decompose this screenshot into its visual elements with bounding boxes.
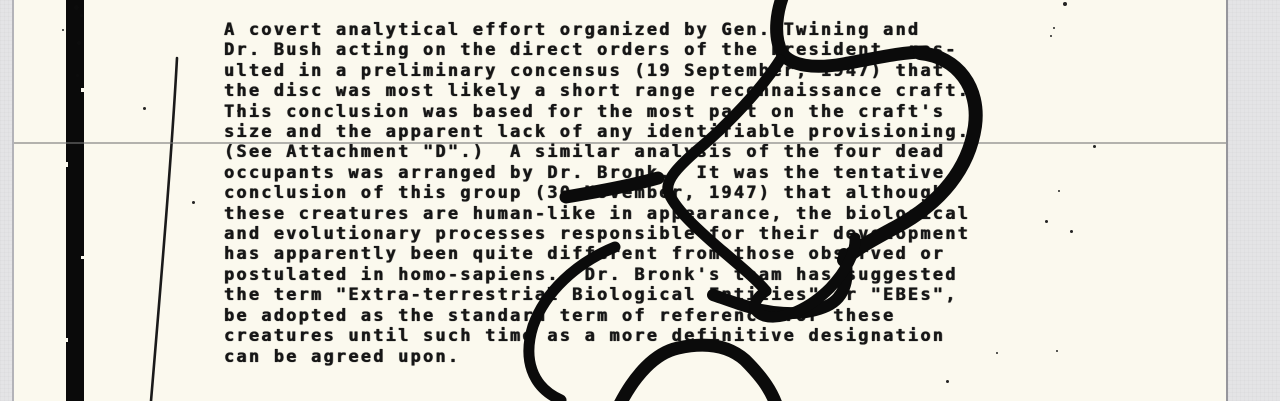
viewer-edge-left bbox=[0, 0, 14, 401]
ink-speck bbox=[77, 41, 81, 45]
text-line: ulted in a preliminary concensus (19 Sep… bbox=[224, 61, 970, 81]
bar-nick bbox=[66, 162, 68, 167]
scan-artifact-line bbox=[14, 142, 1226, 144]
ink-speck bbox=[1050, 35, 1052, 37]
text-line: be adopted as the standard term of refer… bbox=[224, 306, 970, 326]
ink-speck bbox=[80, 14, 83, 17]
ink-speck bbox=[1063, 2, 1067, 6]
bar-nick bbox=[66, 338, 68, 342]
text-line: A covert analytical effort organized by … bbox=[224, 20, 970, 40]
ink-speck bbox=[1053, 27, 1055, 29]
text-line: conclusion of this group (30 November, 1… bbox=[224, 183, 970, 203]
text-line: occupants was arranged by Dr. Bronk. It … bbox=[224, 163, 970, 183]
ink-speck bbox=[1056, 350, 1058, 352]
scanned-page: A covert analytical effort organized by … bbox=[14, 0, 1226, 401]
scan-margin-bar bbox=[66, 0, 84, 401]
ink-speck bbox=[946, 380, 949, 383]
text-line: these creatures are human-like in appear… bbox=[224, 204, 970, 224]
viewer-edge-right bbox=[1226, 0, 1280, 401]
text-line: size and the apparent lack of any identi… bbox=[224, 122, 970, 142]
text-line: can be agreed upon. bbox=[224, 347, 970, 367]
ink-speck bbox=[1093, 145, 1096, 148]
ink-speck bbox=[996, 352, 998, 354]
ink-speck bbox=[1070, 230, 1073, 233]
text-line: the disc was most likely a short range r… bbox=[224, 81, 970, 101]
ink-speck bbox=[237, 110, 239, 112]
ink-speck bbox=[62, 29, 64, 31]
ink-speck bbox=[1045, 220, 1048, 223]
text-line: the term "Extra-terrestrial Biological E… bbox=[224, 285, 970, 305]
ink-speck bbox=[192, 201, 195, 204]
ink-speck bbox=[74, 5, 79, 10]
bar-nick bbox=[81, 256, 84, 259]
ink-speck bbox=[1058, 190, 1060, 192]
ink-speck bbox=[143, 107, 146, 110]
text-line: creatures until such time as a more defi… bbox=[224, 326, 970, 346]
text-line: and evolutionary processes responsible f… bbox=[224, 224, 970, 244]
bar-nick bbox=[81, 88, 84, 92]
ink-speck bbox=[76, 74, 79, 77]
text-line: has apparently been quite different from… bbox=[224, 245, 970, 265]
typed-text-block: A covert analytical effort organized by … bbox=[224, 20, 970, 367]
text-line: postulated in homo-sapiens. Dr. Bronk's … bbox=[224, 265, 970, 285]
text-line: (See Attachment "D".) A similar analysis… bbox=[224, 143, 970, 163]
text-line: Dr. Bush acting on the direct orders of … bbox=[224, 41, 970, 61]
text-line: This conclusion was based for the most p… bbox=[224, 102, 970, 122]
